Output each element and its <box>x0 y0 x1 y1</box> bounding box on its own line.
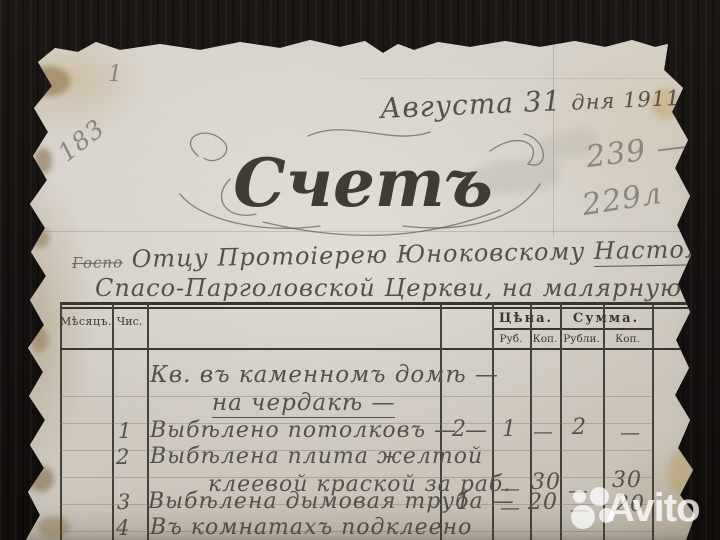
header-sum-rub: Рубли. <box>560 333 603 345</box>
salutation-2b: на малярную работу <box>502 274 720 304</box>
row4-num: 4 <box>116 516 130 540</box>
row1-price-kop: — <box>533 419 554 443</box>
table-top-rule-2 <box>60 307 690 309</box>
struck-word: Госпо <box>72 253 123 272</box>
stain <box>28 66 70 96</box>
salutation-2a: Спасо-Парголовской Церкви, <box>95 274 502 302</box>
row3-num: 3 <box>117 490 131 514</box>
row1-sum-rub: 2 <box>572 415 587 440</box>
row1-num: 1 <box>118 419 132 443</box>
photo-scene: 1 183 Августа 31 дня 1911 года. 239 — 22… <box>0 0 720 540</box>
salutation-line-2: Спасо-Парголовской Церкви, на малярную р… <box>95 274 720 302</box>
row3-price-kop: 20 <box>528 490 558 515</box>
row1-qty: 2 <box>452 417 467 442</box>
section-heading-1: Кв. въ каменномъ домѣ — <box>150 362 499 388</box>
row1-sum-kop: — <box>620 420 641 444</box>
row2-num: 2 <box>116 445 130 469</box>
row3-qty: 1 <box>456 490 471 515</box>
horizontal-crease-top <box>360 78 680 79</box>
page-number: 1 <box>108 62 123 87</box>
document-paper: 1 183 Августа 31 дня 1911 года. 239 — 22… <box>0 0 720 540</box>
stain <box>32 328 48 352</box>
header-sub-rule <box>492 328 652 330</box>
header-sum: Сумма. <box>560 311 652 326</box>
watermark-label: Avito <box>606 486 700 531</box>
stain <box>38 516 70 538</box>
date-handwritten: Августа 31 <box>379 84 562 125</box>
section-heading-2: на чердакѣ — <box>212 390 395 418</box>
stain <box>34 148 52 174</box>
row3-price-rub: — <box>500 495 521 519</box>
document-title-block: Счетъ <box>168 124 558 244</box>
header-sum-kop: Коп. <box>603 333 652 345</box>
row4-desc: Въ комнатахъ подклеено <box>150 515 472 540</box>
salutation-1b: Настоятелю <box>594 234 720 267</box>
watermark-logo-dot <box>571 505 595 529</box>
row2-desc: Выбѣлена плита желтой <box>150 444 483 469</box>
archive-number: 183 <box>52 113 110 167</box>
header-day: Чис. <box>112 315 147 328</box>
header-bottom-rule <box>60 348 690 350</box>
stain <box>28 466 54 492</box>
date-printed: дня 1911 года. <box>571 83 720 115</box>
watermark-logo-dot <box>573 490 586 503</box>
row1-price-rub: 1 <box>502 417 517 442</box>
pencil-total-1: 239 — <box>584 128 689 175</box>
row1-desc: Выбѣлено потолковъ — — <box>150 418 488 443</box>
title-flourish-art: Счетъ <box>168 124 558 244</box>
header-price: Цѣна. <box>492 311 560 326</box>
pencil-total-2: 229л <box>580 176 665 223</box>
table-top-rule-1 <box>60 302 690 305</box>
document-title: Счетъ <box>233 144 493 222</box>
header-price-rub: Руб. <box>492 333 530 345</box>
header-price-kop: Коп. <box>530 333 560 345</box>
header-month: Мѣсяцъ. <box>60 315 112 328</box>
